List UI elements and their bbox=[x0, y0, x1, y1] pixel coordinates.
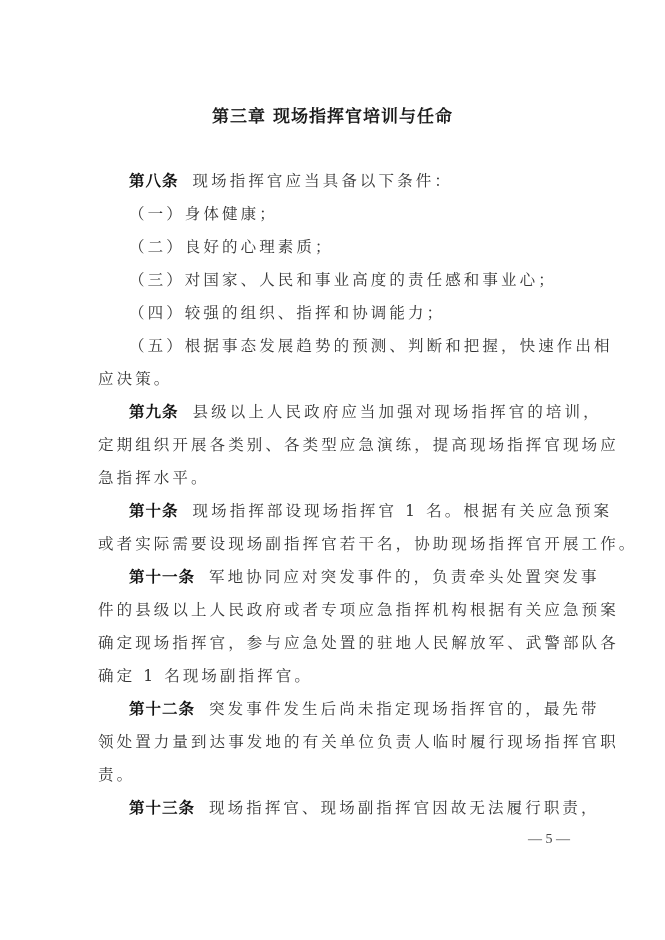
document-page: 第三章 现场指挥官培训与任命 第八条现场指挥官应当具备以下条件： （一）身体健康… bbox=[0, 0, 665, 940]
paragraph-text: 应决策。 bbox=[98, 370, 172, 388]
article-number: 第八条 bbox=[129, 172, 179, 190]
article-9-line: 第九条县级以上人民政府应当加强对现场指挥官的培训， bbox=[98, 396, 570, 429]
article-12-continued: 责。 bbox=[98, 759, 570, 792]
article-number: 第十三条 bbox=[129, 799, 195, 817]
article-number: 第九条 bbox=[129, 403, 179, 421]
article-text: 现场指挥部设现场指挥官 1 名。根据有关应急预案 bbox=[193, 502, 613, 520]
paragraph-text: 确定现场指挥官，参与应急处置的驻地人民解放军、武警部队各 bbox=[98, 634, 619, 652]
paragraph-text: 领处置力量到达事发地的有关单位负责人临时履行现场指挥官职 bbox=[98, 733, 619, 751]
page-number: — 5 — bbox=[528, 832, 570, 848]
paragraph-text: 件的县级以上人民政府或者专项应急指挥机构根据有关应急预案 bbox=[98, 601, 619, 619]
list-item-text: （一）身体健康； bbox=[129, 205, 278, 223]
article-12-line: 第十二条突发事件发生后尚未指定现场指挥官的，最先带 bbox=[98, 693, 570, 726]
list-item-1: （一）身体健康； bbox=[98, 198, 570, 231]
article-text: 县级以上人民政府应当加强对现场指挥官的培训， bbox=[193, 403, 602, 421]
article-number: 第十条 bbox=[129, 502, 179, 520]
article-11-continued: 确定现场指挥官，参与应急处置的驻地人民解放军、武警部队各 bbox=[98, 627, 570, 660]
article-text: 现场指挥官应当具备以下条件： bbox=[193, 172, 453, 190]
article-13-line: 第十三条现场指挥官、现场副指挥官因故无法履行职责， bbox=[98, 792, 570, 825]
paragraph-text: 责。 bbox=[98, 766, 135, 784]
article-text: 现场指挥官、现场副指挥官因故无法履行职责， bbox=[209, 799, 600, 817]
paragraph-text: 定期组织开展各类别、各类型应急演练，提高现场指挥官现场应 bbox=[98, 436, 619, 454]
list-item-5-continued: 应决策。 bbox=[98, 363, 570, 396]
paragraph-text: 急指挥水平。 bbox=[98, 469, 210, 487]
list-item-text: （三）对国家、人民和事业高度的责任感和事业心； bbox=[129, 271, 557, 289]
article-8-line: 第八条现场指挥官应当具备以下条件： bbox=[98, 165, 570, 198]
article-text: 突发事件发生后尚未指定现场指挥官的，最先带 bbox=[209, 700, 600, 718]
list-item-2: （二）良好的心理素质； bbox=[98, 231, 570, 264]
article-text: 军地协同应对突发事件的，负责牵头处置突发事 bbox=[209, 568, 600, 586]
article-11-continued: 件的县级以上人民政府或者专项应急指挥机构根据有关应急预案 bbox=[98, 594, 570, 627]
article-12-continued: 领处置力量到达事发地的有关单位负责人临时履行现场指挥官职 bbox=[98, 726, 570, 759]
body-text: 第八条现场指挥官应当具备以下条件： （一）身体健康； （二）良好的心理素质； （… bbox=[98, 165, 570, 825]
list-item-text: （五）根据事态发展趋势的预测、判断和把握，快速作出相 bbox=[129, 337, 613, 355]
article-10-continued: 或者实际需要设现场副指挥官若干名，协助现场指挥官开展工作。 bbox=[98, 528, 570, 561]
article-9-continued: 急指挥水平。 bbox=[98, 462, 570, 495]
article-11-line: 第十一条军地协同应对突发事件的，负责牵头处置突发事 bbox=[98, 561, 570, 594]
article-11-continued: 确定 1 名现场副指挥官。 bbox=[98, 660, 570, 693]
article-number: 第十二条 bbox=[129, 700, 195, 718]
paragraph-text: 或者实际需要设现场副指挥官若干名，协助现场指挥官开展工作。 bbox=[98, 535, 637, 553]
list-item-3: （三）对国家、人民和事业高度的责任感和事业心； bbox=[98, 264, 570, 297]
article-9-continued: 定期组织开展各类别、各类型应急演练，提高现场指挥官现场应 bbox=[98, 429, 570, 462]
article-number: 第十一条 bbox=[129, 568, 195, 586]
list-item-4: （四）较强的组织、指挥和协调能力； bbox=[98, 297, 570, 330]
list-item-text: （四）较强的组织、指挥和协调能力； bbox=[129, 304, 445, 322]
article-10-line: 第十条现场指挥部设现场指挥官 1 名。根据有关应急预案 bbox=[98, 495, 570, 528]
list-item-text: （二）良好的心理素质； bbox=[129, 238, 334, 256]
paragraph-text: 确定 1 名现场副指挥官。 bbox=[98, 667, 313, 685]
chapter-title: 第三章 现场指挥官培训与任命 bbox=[0, 102, 665, 127]
list-item-5: （五）根据事态发展趋势的预测、判断和把握，快速作出相 bbox=[98, 330, 570, 363]
